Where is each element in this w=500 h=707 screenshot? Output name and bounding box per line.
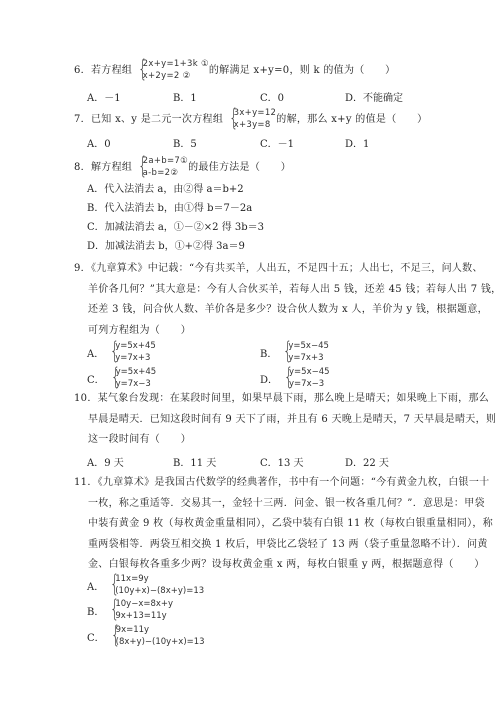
equation-line: 9x=11y (116, 624, 205, 636)
equation-line: (8x+y)−(10y+x)=13 (116, 636, 205, 648)
option-b[interactable]: B．代入法消去 b，由①得 b＝7－2a (87, 199, 264, 218)
equation-line: y=5x+45 (115, 340, 156, 352)
question-text-line: 中装有黄金 9 枚（每枚黄金重量相同），乙袋中装有白银 11 枚（每枚白银重量相… (74, 514, 428, 535)
equation-line: 9x+13=11y (115, 610, 173, 622)
question-separator: ． (81, 162, 91, 173)
question-stem: 已知 x、y 是二元一次方程组 (91, 114, 223, 125)
equation-line: y=7x+3 (115, 352, 156, 364)
question-text-line: 10．某气象台发现：在某段时间里，如果早晨下雨，那么晚上是晴天；如果晚上下雨，那… (74, 389, 428, 410)
equation-system: y=5x−45y=7x−3 (282, 366, 330, 390)
option-a[interactable]: A．－1 (87, 89, 121, 104)
option-label: A． (87, 345, 104, 360)
options-row: A．－1 B．1 C．0 D．不能确定 (87, 89, 427, 107)
option-label: A． (87, 578, 104, 593)
equation-system: 11x=9y(10y+x)−(8x+y)=13 (108, 573, 204, 597)
equation-system: y=5x−45y=7x+3 (281, 340, 329, 364)
option-label: C． (87, 629, 105, 644)
equation-line: 2a+b=7① (143, 155, 188, 167)
options-row: A．0 B．5 C．－1 D．1 (87, 135, 427, 153)
option-d[interactable]: D．1 (345, 135, 369, 150)
option-label: D． (260, 371, 278, 386)
equation-system: y=5x+45y=7x+3 (108, 340, 156, 364)
equation-line: 10y−x=8x+y (115, 598, 173, 610)
question-text-line: 9．《九章算术》中记载：“今有共买羊，人出五，不足四十五；人出七，不足三，问人数… (74, 259, 428, 280)
option-d[interactable]: D．加减法消去 b，①+②得 3a＝9 (87, 237, 264, 256)
question-11: 11．《九章算术》是我国古代数学的经典著作，书中有一个问题：“今有黄金九枚，白银… (74, 473, 428, 576)
equation-system: 2a+b=7① a-b=2② (136, 155, 188, 179)
equation-system: y=5x+45y=7x−3 (109, 366, 157, 390)
question-number: 8 (74, 162, 81, 173)
question-stem-tail: 的解，那么 x+y 的值是（ ） (276, 114, 427, 125)
question-10: 10．某气象台发现：在某段时间里，如果早晨下雨，那么晚上是晴天；如果晚上下雨，那… (74, 389, 428, 451)
question-6: 6．若方程组 2x+y=1+3k ① x+2y=2 ② 的解满足 x+y=0，则… (74, 58, 428, 82)
option-d[interactable]: D．不能确定 (345, 89, 403, 104)
question-text-line: 一枚，称之重适等．交易其一，金轻十三两．问金、银一枚各重几何？”．意思是：甲袋 (74, 494, 428, 515)
exam-page: 6．若方程组 2x+y=1+3k ① x+2y=2 ② 的解满足 x+y=0，则… (0, 0, 500, 707)
equation-system: 10y−x=8x+y9x+13=11y (108, 598, 173, 622)
equation-system: 9x=11y(8x+y)−(10y+x)=13 (109, 624, 205, 648)
option-b[interactable]: B．y=5x−45y=7x+3 (260, 340, 329, 364)
equation-line: 3x+y=12 (234, 107, 277, 119)
equation-system: 2x+y=1+3k ① x+2y=2 ② (136, 58, 209, 82)
question-stem: 解方程组 (91, 162, 132, 173)
question-number: 7 (74, 114, 81, 125)
question-stem: 若方程组 (91, 65, 132, 76)
equation-line: a-b=2② (143, 167, 188, 179)
equation-line: y=5x−45 (289, 366, 330, 378)
question-stem-tail: 的最佳方法是（ ） (188, 162, 291, 173)
option-c[interactable]: C．9x=11y(8x+y)−(10y+x)=13 (87, 624, 205, 648)
option-d[interactable]: D．y=5x−45y=7x−3 (260, 366, 330, 390)
equation-line: x+3y=8 (234, 119, 277, 131)
question-8: 8．解方程组 2a+b=7① a-b=2② 的最佳方法是（ ） (74, 155, 428, 179)
option-b[interactable]: B．10y−x=8x+y9x+13=11y (87, 598, 173, 622)
options-row: A．9 天 B．11 天 C．13 天 D．22 天 (87, 454, 427, 472)
question-text-line: 可列方程组为（ ） (74, 321, 428, 342)
equation-line: y=5x+45 (116, 366, 157, 378)
option-b[interactable]: B．11 天 (173, 454, 216, 469)
equation-line: (10y+x)−(8x+y)=13 (115, 585, 204, 597)
option-c[interactable]: C．y=5x+45y=7x−3 (87, 366, 156, 390)
options-list: A．代入法消去 a，由②得 a＝b+2 B．代入法消去 b，由①得 b＝7－2a… (87, 180, 264, 256)
equation-line: 11x=9y (115, 573, 204, 585)
option-a[interactable]: A．y=5x+45y=7x+3 (87, 340, 156, 364)
option-a[interactable]: A．代入法消去 a，由②得 a＝b+2 (87, 180, 264, 199)
equation-line: x+2y=2 ② (143, 70, 209, 82)
equation-line: 2x+y=1+3k ① (143, 58, 209, 70)
question-9: 9．《九章算术》中记载：“今有共买羊，人出五，不足四十五；人出七，不足三，问人数… (74, 259, 428, 341)
option-c[interactable]: C．0 (260, 89, 284, 104)
option-d[interactable]: D．22 天 (345, 454, 389, 469)
question-separator: ． (81, 65, 91, 76)
question-stem-tail: 的解满足 x+y=0，则 k 的值为（ ） (209, 65, 396, 76)
option-a[interactable]: A．9 天 (87, 454, 124, 469)
question-number: 6 (74, 65, 81, 76)
option-a[interactable]: A．0 (87, 135, 111, 150)
question-7: 7．已知 x、y 是二元一次方程组 3x+y=12 x+3y=8 的解，那么 x… (74, 107, 428, 131)
equation-line: y=7x+3 (288, 352, 329, 364)
option-label: B． (260, 345, 277, 360)
option-b[interactable]: B．1 (173, 89, 197, 104)
option-b[interactable]: B．5 (173, 135, 197, 150)
question-separator: ． (81, 114, 91, 125)
question-text-line: 早晨是晴天．已知这段时间有 9 天下了雨，并且有 6 天晚上是晴天，7 天早晨是… (74, 410, 428, 431)
option-label: B． (87, 603, 104, 618)
question-text-line: 这一段时间有（ ） (74, 430, 428, 451)
option-c[interactable]: C．加减法消去 a，①－②×2 得 3b＝3 (87, 218, 264, 237)
question-text-line: 重两袋相等．两袋互相交换 1 枚后，甲袋比乙袋轻了 13 两（袋子重量忽略不计）… (74, 535, 428, 556)
option-c[interactable]: C．13 天 (260, 454, 304, 469)
question-text-line: 羊价各几何？”其大意是：今有人合伙买羊，若每人出 5 钱，还差 45 钱；若每人… (74, 280, 428, 301)
question-text-line: 11．《九章算术》是我国古代数学的经典著作，书中有一个问题：“今有黄金九枚，白银… (74, 473, 428, 494)
option-a[interactable]: A．11x=9y(10y+x)−(8x+y)=13 (87, 573, 204, 597)
question-text-line: 还差 3 钱，问合伙人数、羊价各是多少？设合伙人数为 x 人，羊价为 y 钱，根… (74, 300, 428, 321)
equation-line: y=5x−45 (288, 340, 329, 352)
option-c[interactable]: C．－1 (260, 135, 294, 150)
equation-system: 3x+y=12 x+3y=8 (227, 107, 277, 131)
option-label: C． (87, 371, 105, 386)
